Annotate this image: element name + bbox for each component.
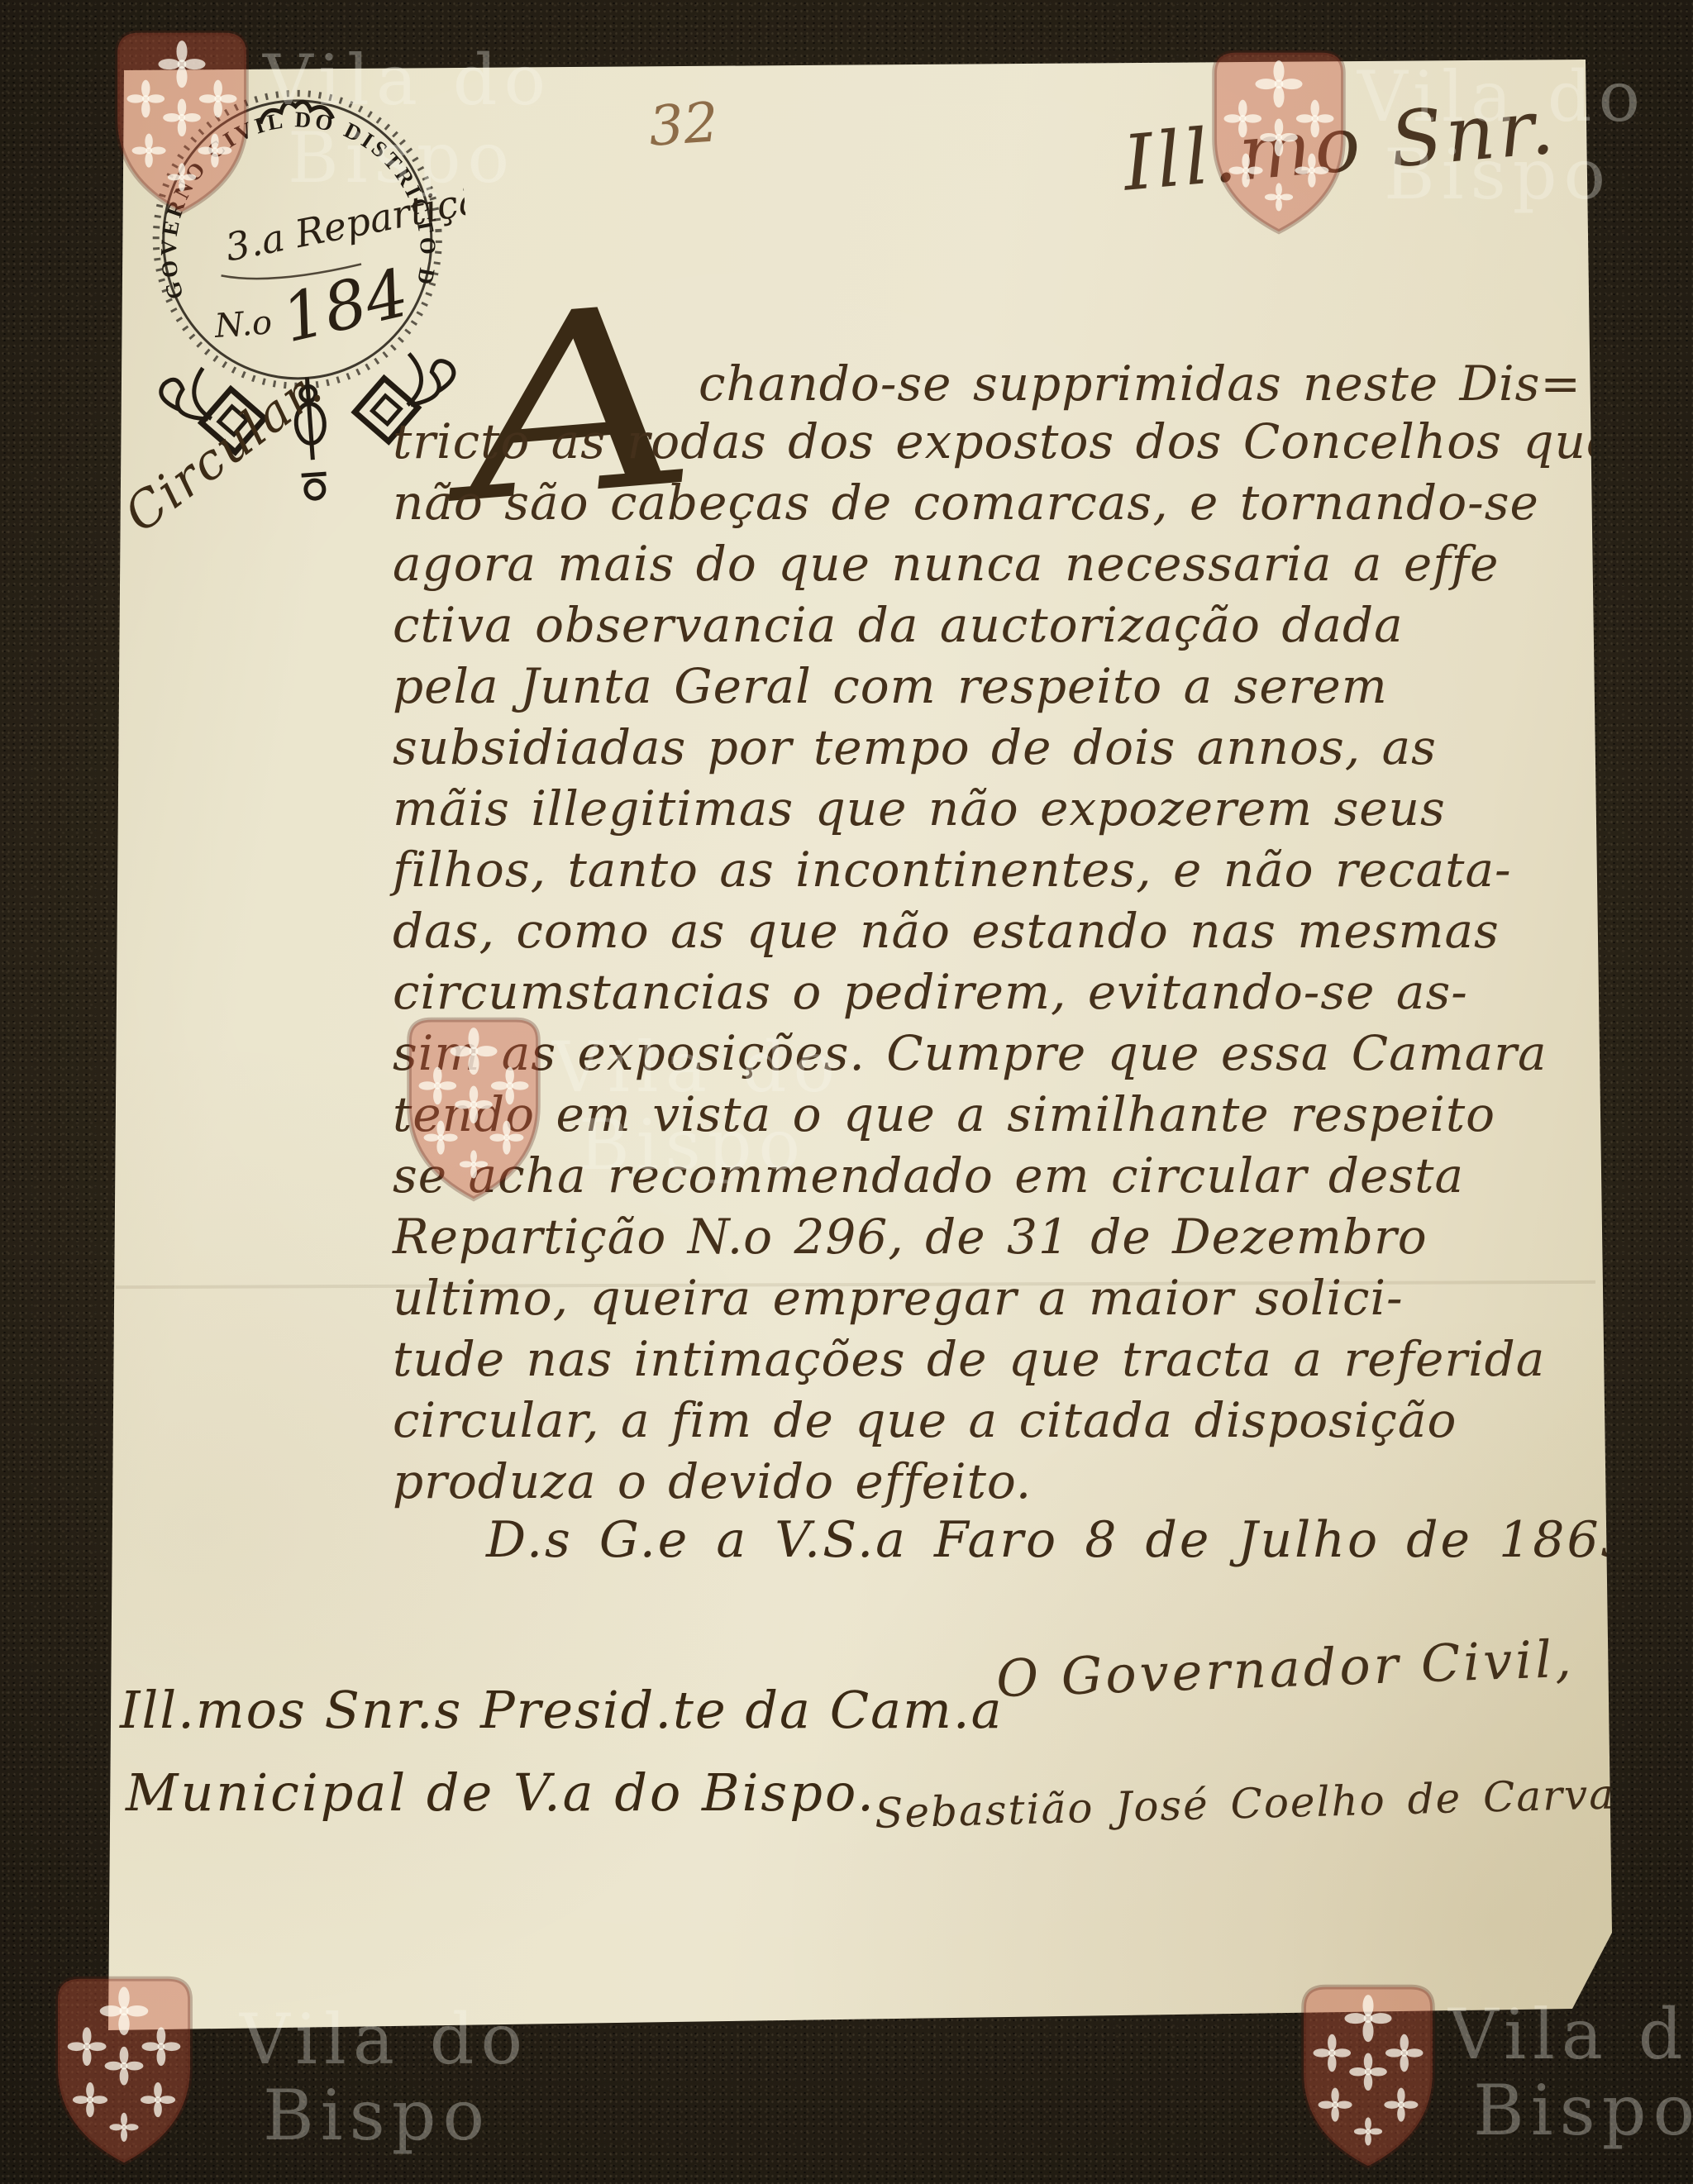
- letter-line: subsidiadas por tempo de dois annos, as: [393, 719, 1615, 780]
- letter-line: ultimo, queira empregar a maior solici-: [393, 1270, 1615, 1331]
- watermark-text: Bispo: [579, 1104, 807, 1185]
- letter-line: produza o devido effeito.: [393, 1453, 1615, 1514]
- photograph-background: GOVERNO CIVIL DO DISTRICTO DE FARO 3.a R…: [0, 0, 1693, 2184]
- letter-line: ctiva observancia da auctorização dada: [393, 597, 1615, 658]
- watermark-text: Bispo: [263, 2075, 491, 2156]
- letter-line: mãis illegitimas que não expozerem seus: [393, 780, 1615, 842]
- watermark-text: Vila do: [552, 1027, 842, 1108]
- letter-line: se acha recommendado em circular desta: [393, 1147, 1615, 1209]
- letter-line: tude nas intimações de que tracta a refe…: [393, 1331, 1615, 1392]
- document-paper: GOVERNO CIVIL DO DISTRICTO DE FARO 3.a R…: [0, 0, 1693, 2184]
- watermark-text: Vila do: [1357, 56, 1647, 137]
- addressee-line-2: Municipal de V.a do Bispo.: [126, 1762, 876, 1823]
- watermark-text: Vila do: [1448, 1994, 1693, 2075]
- letter-line: Repartição N.o 296, de 31 de Dezembro: [393, 1209, 1615, 1270]
- letter-line: circumstancias o pedirem, evitando-se as…: [393, 964, 1615, 1025]
- letter-line: pela Junta Geral com respeito a serem: [393, 658, 1615, 719]
- watermark-text: Bispo: [1384, 134, 1612, 215]
- addressee-line-1: Ill.mos Snr.s Presid.te da Cam.a: [120, 1680, 1004, 1740]
- letter-line: das, como as que não estando nas mesmas: [393, 903, 1615, 964]
- letter-first-line: chando-se supprimidas neste Dis=: [699, 355, 1581, 412]
- watermark-text: Vila do: [263, 40, 552, 121]
- dateline: D.s G.e a V.S.a Faro 8 de Julho de 1863.: [486, 1511, 1653, 1569]
- letter-line: filhos, tanto as incontinentes, e não re…: [393, 842, 1615, 903]
- watermark-text: Vila do: [240, 1999, 529, 2080]
- page-number-annotation: 32: [646, 90, 720, 159]
- watermark-text: Bispo: [288, 117, 516, 198]
- signoff-title: O Governador Civil,: [995, 1628, 1576, 1709]
- stamp-number-label: N.o: [212, 303, 273, 346]
- letter-line: tricto as rodas dos expostos dos Concelh…: [393, 413, 1615, 474]
- letter-line: agora mais do que nunca necessaria a eff…: [393, 536, 1615, 597]
- governor-signature: Sebastião José Coelho de Carvalho: [874, 1768, 1686, 1838]
- stamp-number: 184: [275, 254, 416, 357]
- watermark-text: Bispo: [1473, 2070, 1693, 2151]
- letter-body: tricto as rodas dos expostos dos Concelh…: [393, 413, 1615, 1514]
- letter-line: não são cabeças de comarcas, e tornando-…: [393, 474, 1615, 536]
- letter-line: circular, a fim de que a citada disposiç…: [393, 1392, 1615, 1453]
